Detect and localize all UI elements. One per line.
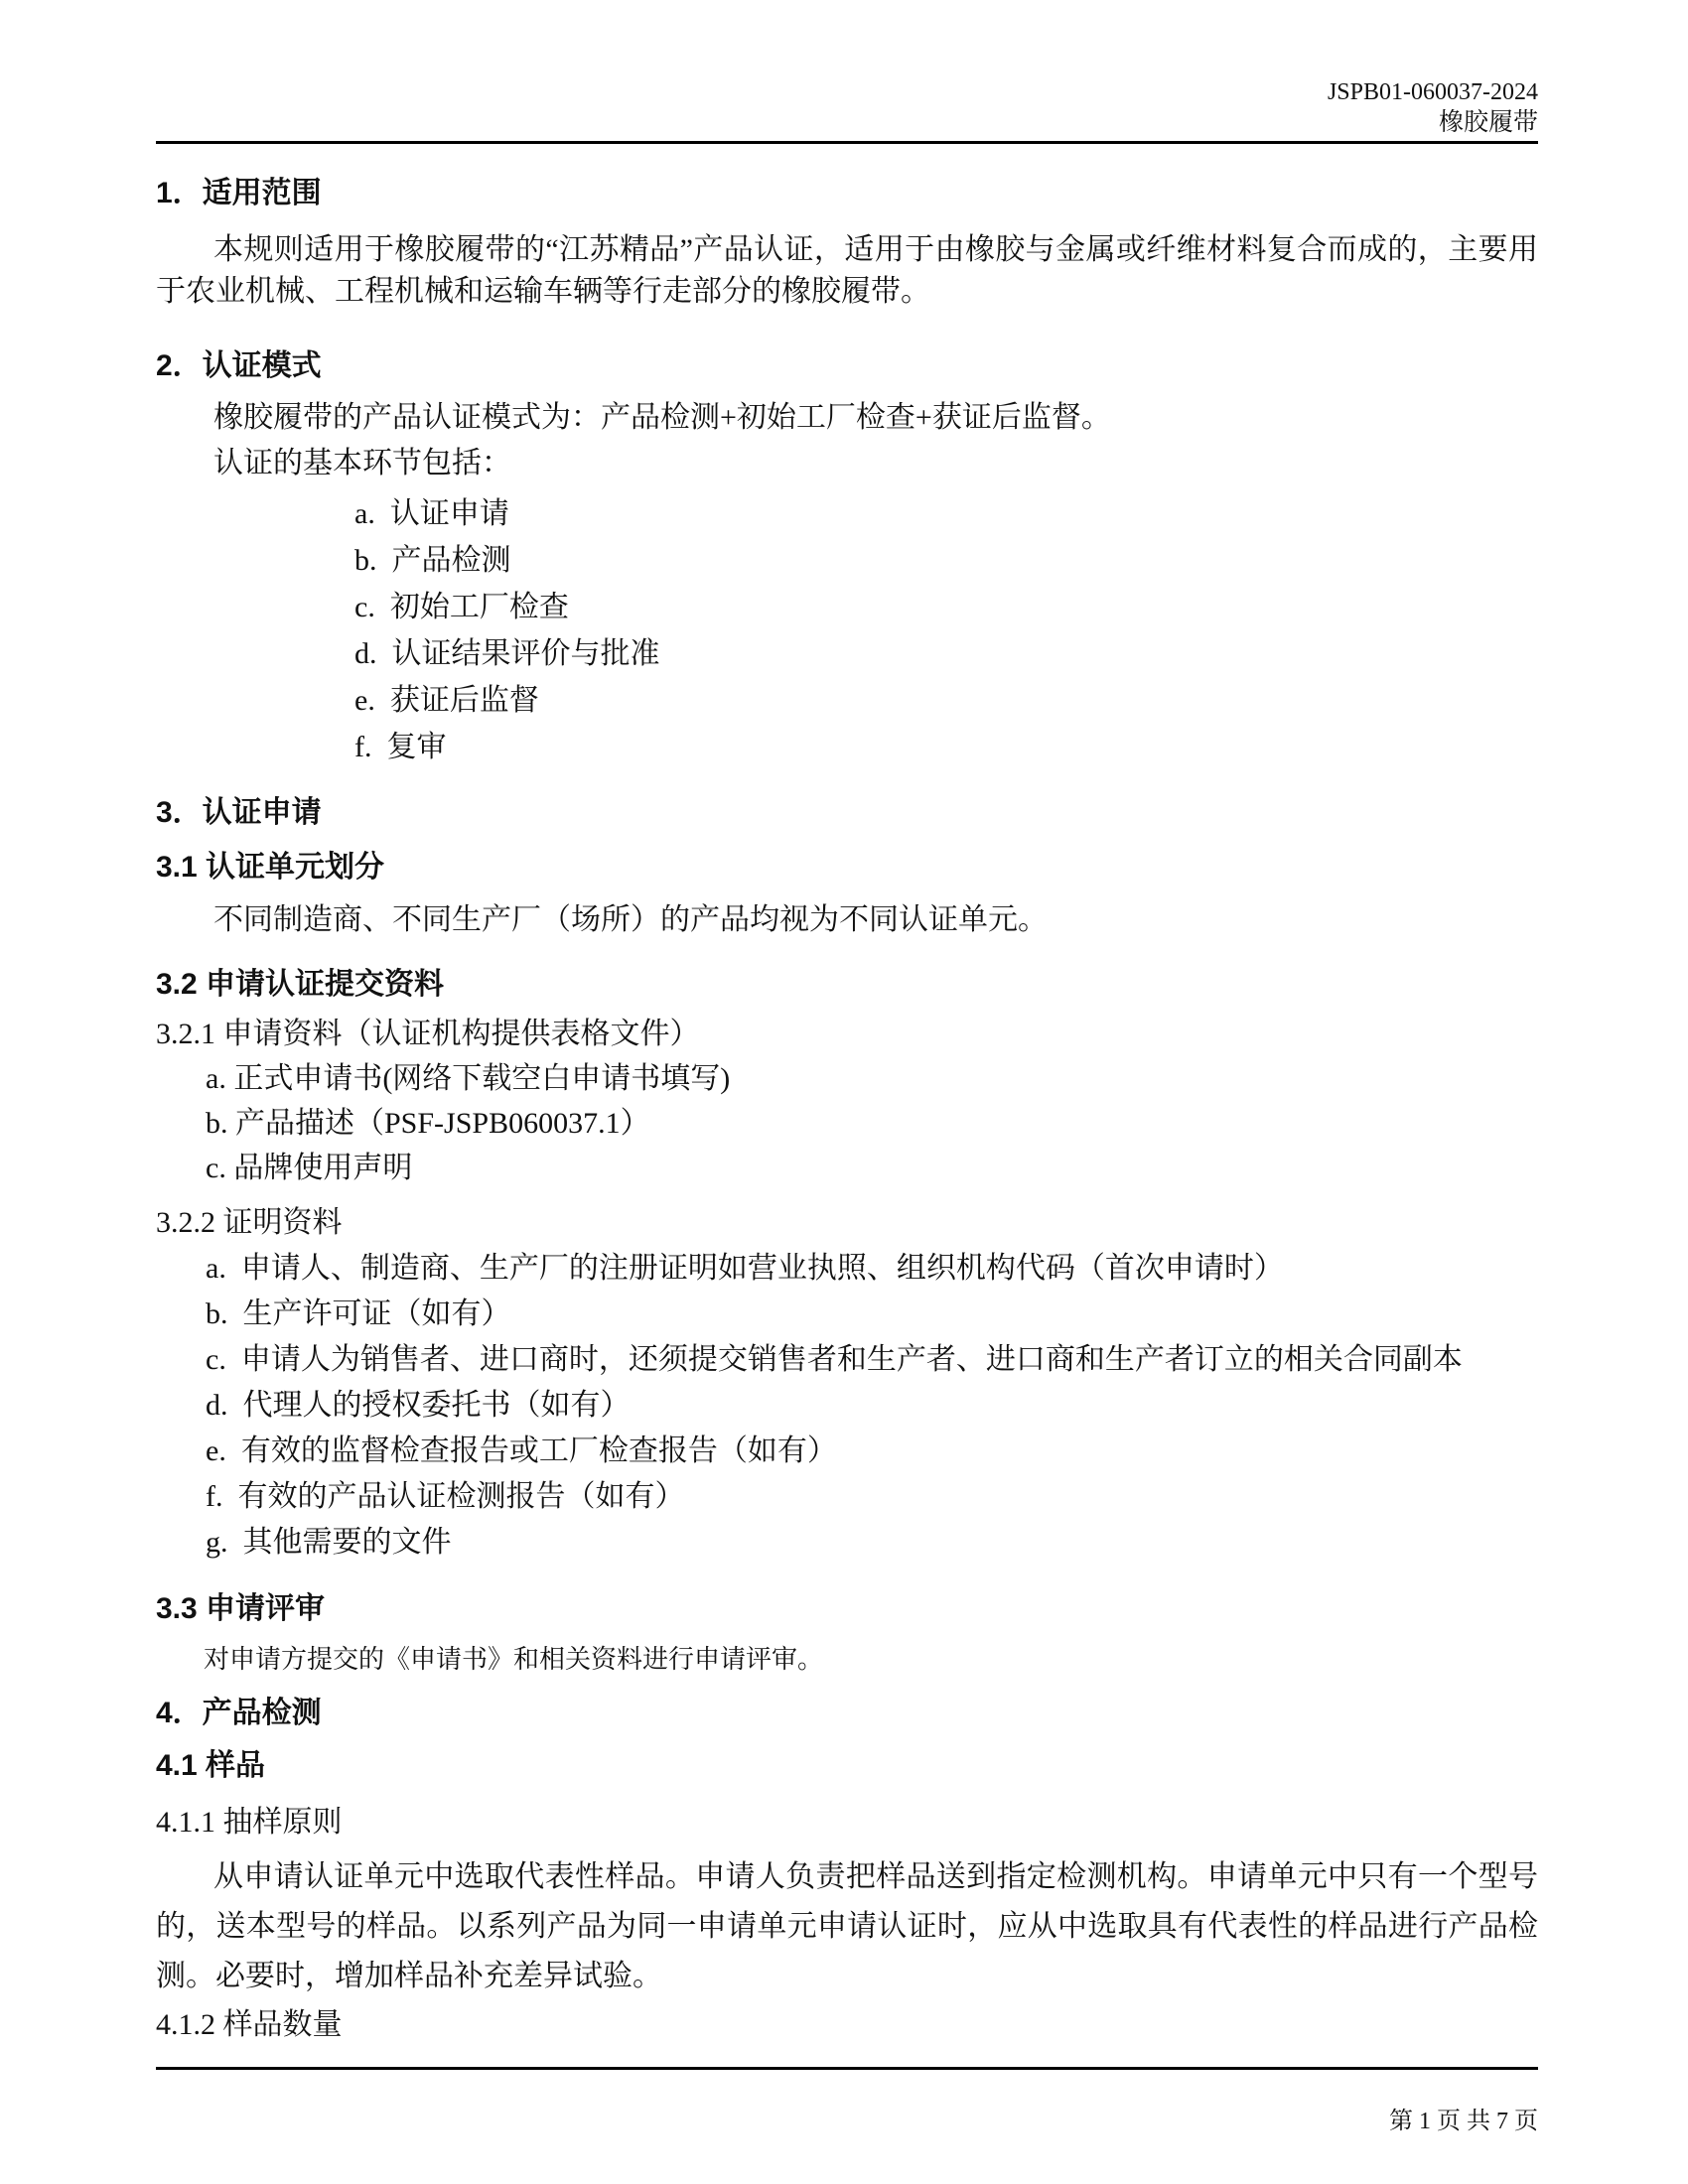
- certification-mode-line: 橡胶履带的产品认证模式为：产品检测+初始工厂检查+获证后监督。: [156, 395, 1538, 441]
- list-item: c. 初始工厂检查: [354, 584, 1538, 630]
- list-item: e. 获证后监督: [354, 677, 1538, 724]
- section-3-3-body: 对申请方提交的《申请书》和相关资料进行申请评审。: [156, 1642, 1538, 1678]
- list-item: g. 其他需要的文件: [206, 1520, 1538, 1566]
- section-4-1-1-heading: 4.1.1 抽样原则: [156, 1805, 1538, 1841]
- document-page: JSPB01-060037-2024 橡胶履带 1．适用范围 本规则适用于橡胶履…: [0, 0, 1688, 2184]
- section-1-heading: 1．适用范围: [156, 176, 1538, 211]
- list-item: e. 有效的监督检查报告或工厂检查报告（如有）: [206, 1429, 1538, 1474]
- list-item: a. 认证申请: [354, 490, 1538, 537]
- page-footer: 第 1 页 共 7 页: [156, 2067, 1538, 2166]
- list-item: b. 产品描述（PSF-JSPB060037.1）: [206, 1101, 1538, 1146]
- section-4-heading: 4．产品检测: [156, 1696, 1538, 1731]
- steps-intro-line: 认证的基本环节包括：: [156, 441, 1538, 486]
- section-3-heading: 3．认证申请: [156, 795, 1538, 831]
- section-4-1-1-body: 从申请认证单元中选取代表性样品。申请人负责把样品送到指定检测机构。申请单元中只有…: [156, 1852, 1538, 2001]
- section-3-1-heading: 3.1 认证单元划分: [156, 850, 1538, 886]
- section-2-heading: 2．认证模式: [156, 348, 1538, 384]
- list-item: d. 认证结果评价与批准: [354, 630, 1538, 677]
- doc-number: JSPB01-060037-2024: [156, 77, 1538, 107]
- section-4-1-heading: 4.1 样品: [156, 1748, 1538, 1784]
- page-header: JSPB01-060037-2024 橡胶履带: [156, 0, 1538, 144]
- application-documents-list: a. 正式申请书(网络下载空白申请书填写) b. 产品描述（PSF-JSPB06…: [156, 1056, 1538, 1190]
- section-3-2-2-heading: 3.2.2 证明资料: [156, 1205, 1538, 1241]
- section-3-2-heading: 3.2 申请认证提交资料: [156, 967, 1538, 1003]
- proof-documents-list: a. 申请人、制造商、生产厂的注册证明如营业执照、组织机构代码（首次申请时） b…: [156, 1246, 1538, 1566]
- list-item: b. 生产许可证（如有）: [206, 1292, 1538, 1337]
- section-4-1-2-heading: 4.1.2 样品数量: [156, 2007, 1538, 2043]
- doc-name: 橡胶履带: [156, 107, 1538, 139]
- list-item: d. 代理人的授权委托书（如有）: [206, 1383, 1538, 1429]
- section-3-3-heading: 3.3 申请评审: [156, 1591, 1538, 1627]
- list-item: c. 申请人为销售者、进口商时，还须提交销售者和生产者、进口商和生产者订立的相关…: [206, 1337, 1538, 1383]
- section-1-body: 本规则适用于橡胶履带的“江苏精品”产品认证，适用于由橡胶与金属或纤维材料复合而成…: [156, 229, 1538, 313]
- list-item: b. 产品检测: [354, 537, 1538, 584]
- page-number: 第 1 页 共 7 页: [1389, 2109, 1538, 2134]
- certification-steps-list: a. 认证申请 b. 产品检测 c. 初始工厂检查 d. 认证结果评价与批准 e…: [156, 490, 1538, 770]
- document-content: JSPB01-060037-2024 橡胶履带 1．适用范围 本规则适用于橡胶履…: [0, 0, 1688, 2043]
- list-item: a. 申请人、制造商、生产厂的注册证明如营业执照、组织机构代码（首次申请时）: [206, 1246, 1538, 1292]
- section-3-1-body: 不同制造商、不同生产厂（场所）的产品均视为不同认证单元。: [156, 897, 1538, 943]
- list-item: a. 正式申请书(网络下载空白申请书填写): [206, 1056, 1538, 1101]
- list-item: c. 品牌使用声明: [206, 1146, 1538, 1190]
- list-item: f. 有效的产品认证检测报告（如有）: [206, 1474, 1538, 1520]
- list-item: f. 复审: [354, 724, 1538, 770]
- section-3-2-1-heading: 3.2.1 申请资料（认证机构提供表格文件）: [156, 1017, 1538, 1052]
